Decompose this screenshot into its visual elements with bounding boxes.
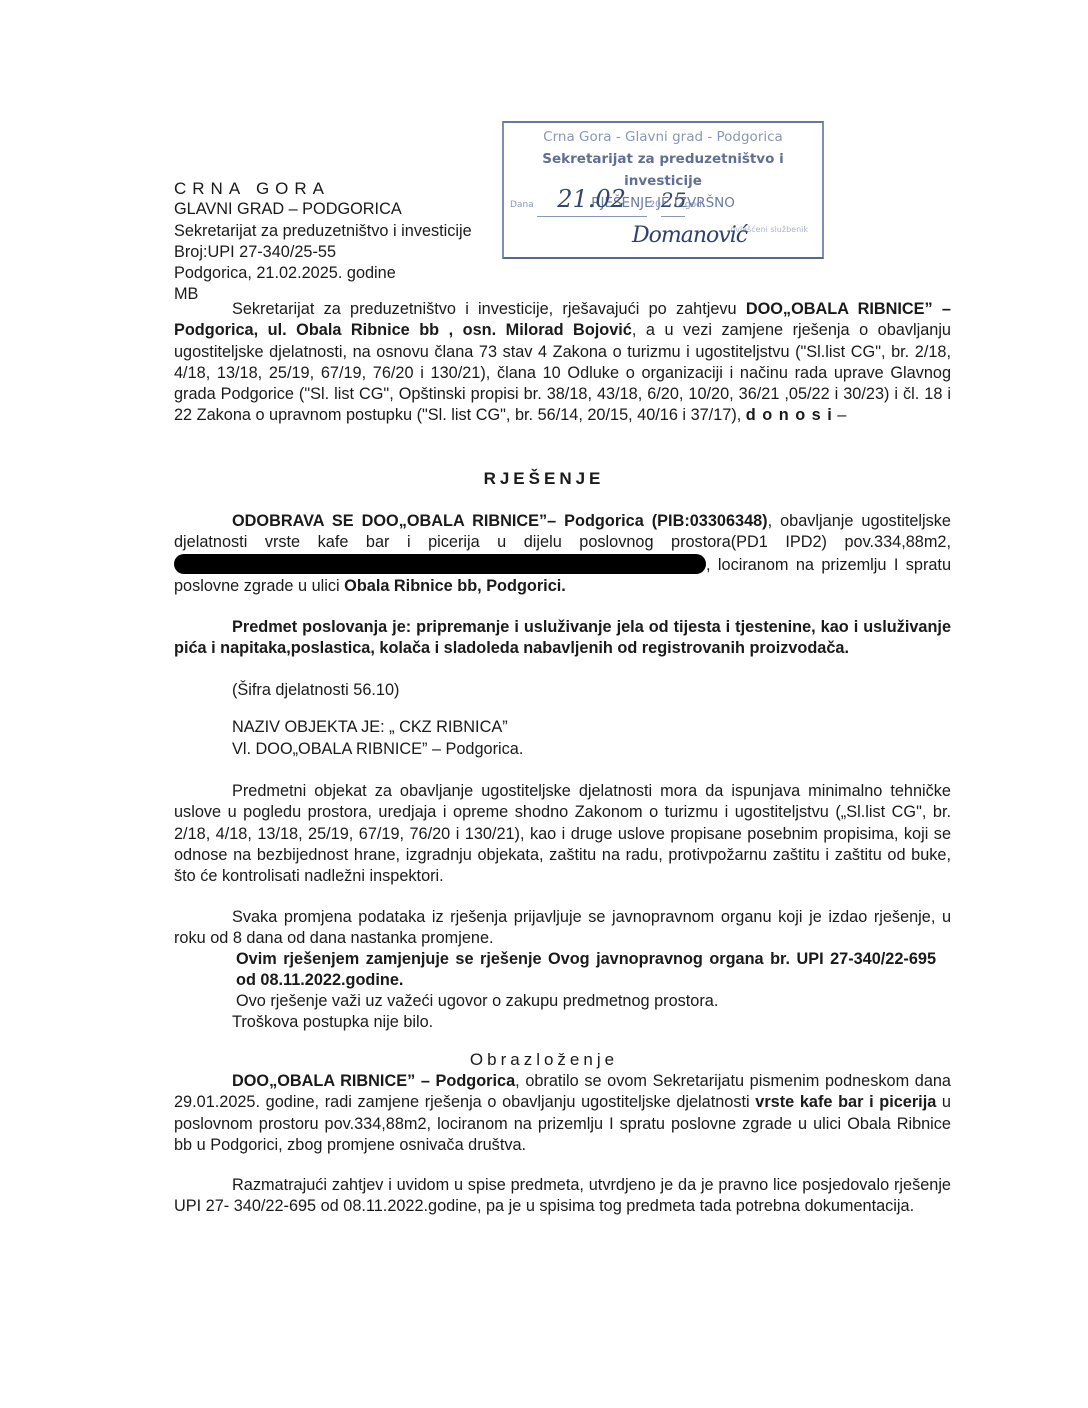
city-name: GLAVNI GRAD – PODGORICA — [174, 199, 514, 220]
reasoning-paragraph-2: Razmatrajući zahtjev i uvidom u spise pr… — [174, 1175, 951, 1218]
intro-text-1: Sekretarijat za preduzetništvo i investi… — [232, 300, 746, 318]
decision-paragraph: ODOBRAVA SE DOO„OBALA RIBNICE”– Podgoric… — [174, 511, 951, 597]
stamp-department: Sekretarijat za preduzetništvo i investi… — [504, 149, 822, 192]
reasoning-title: Obrazloženje — [0, 1049, 1088, 1070]
stamp-year-handwritten: 25 — [661, 188, 686, 212]
redacted-block — [174, 554, 706, 574]
stamp-year-suffix: god. — [685, 200, 705, 210]
replacement-notice: Ovim rješenjem zamjenjuje se rješenje Ov… — [236, 949, 936, 992]
activity-code: (Šifra djelatnosti 56.10) — [232, 680, 399, 701]
object-name: NAZIV OBJEKTA JE: „ CKZ RIBNICA” — [232, 717, 508, 738]
conditions-paragraph: Predmetni objekat za obavljanje ugostite… — [174, 781, 951, 887]
stamp-date-handwritten: 21.02 — [557, 185, 626, 213]
official-signature: Domanović — [632, 225, 747, 246]
stamp-authority: Crna Gora - Glavni grad - Podgorica — [504, 127, 822, 148]
document-date: Podgorica, 21.02.2025. godine — [174, 263, 514, 284]
stamp-date-label: Dana — [510, 200, 534, 210]
department-name: Sekretarijat za preduzetništvo i investi… — [174, 221, 514, 242]
stamp-year-prefix: 20 — [649, 200, 660, 210]
document-header: CRNA GORA GLAVNI GRAD – PODGORICA Sekret… — [174, 178, 514, 306]
intro-text-end: – — [833, 406, 847, 424]
decision-title: RJEŠENJE — [0, 468, 1088, 489]
reasoning-applicant: DOO„OBALA RIBNICE” – Podgorica — [232, 1072, 515, 1090]
lease-notice: Ovo rješenje važi uz važeći ugovor o zak… — [236, 991, 718, 1012]
country-name: CRNA GORA — [174, 178, 514, 199]
stamp-date-line: Dana 21.02 2025god. — [510, 189, 810, 217]
approval-statement: ODOBRAVA SE DOO„OBALA RIBNICE”– Podgoric… — [232, 512, 768, 530]
decides-word: d o n o s i — [746, 406, 833, 424]
decision-address: Obala Ribnice bb, Podgorici. — [344, 577, 566, 595]
business-subject: Predmet poslovanja je: pripremanje i usl… — [174, 617, 951, 660]
object-owner: Vl. DOO„OBALA RIBNICE” – Podgorica. — [232, 739, 523, 760]
change-notice-paragraph: Svaka promjena podataka iz rješenja prij… — [174, 907, 951, 950]
enforceability-stamp: Crna Gora - Glavni grad - Podgorica Sekr… — [502, 121, 824, 259]
reasoning-activity-type: vrste kafe bar i picerija — [755, 1093, 936, 1111]
costs-notice: Troškova postupka nije bilo. — [232, 1012, 433, 1033]
intro-paragraph: Sekretarijat za preduzetništvo i investi… — [174, 299, 951, 427]
document-number: Broj:UPI 27-340/25-55 — [174, 242, 514, 263]
reasoning-paragraph-1: DOO„OBALA RIBNICE” – Podgorica, obratilo… — [174, 1071, 951, 1156]
